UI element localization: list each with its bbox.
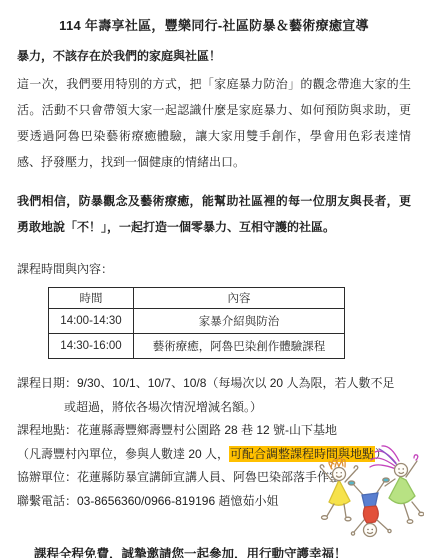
table-row: 14:30-16:00 藝術療癒，阿魯巴染創作體驗課程 [49, 334, 345, 359]
intro-statement: 暴力，不該存在於我們的家庭與社區！ [17, 47, 411, 64]
flyer-document: 114 年壽享社區，豐樂同行-社區防暴＆藝術療癒宣導 暴力，不該存在於我們的家庭… [0, 0, 428, 558]
course-location-line: 課程地點：花蓮縣壽豐鄉壽豐村公園路 28 巷 12 號-山下基地 [17, 419, 411, 443]
table-cell-content-2: 藝術療癒，阿魯巴染創作體驗課程 [134, 334, 345, 359]
table-row: 14:00-14:30 家暴介紹與防治 [49, 309, 345, 334]
body-paragraph-2: 我們相信，防暴觀念及藝術療癒，能幫助社區裡的每一位朋友與長者，更勇敢地說「不！」… [17, 188, 411, 240]
schedule-section-label: 課程時間與內容： [17, 260, 428, 277]
table-cell-time-2: 14:30-16:00 [49, 334, 134, 359]
dancing-children-illustration [312, 440, 424, 552]
note-prefix: （凡壽豐村內單位，參與人數達 20 人， [17, 447, 229, 461]
table-header-content: 內容 [134, 288, 345, 309]
course-date-line: 課程日期：9/30、10/1、10/7、10/8（每場次以 20 人為限，若人數… [17, 372, 411, 396]
schedule-table: 時間 內容 14:00-14:30 家暴介紹與防治 14:30-16:00 藝術… [48, 287, 345, 359]
page-title: 114 年壽享社區，豐樂同行-社區防暴＆藝術療癒宣導 [0, 0, 428, 34]
table-header-row: 時間 內容 [49, 288, 345, 309]
table-header-time: 時間 [49, 288, 134, 309]
table-cell-content-1: 家暴介紹與防治 [134, 309, 345, 334]
table-cell-time-1: 14:00-14:30 [49, 309, 134, 334]
course-date-continuation: 或超過，將依各場次情況增減名額。） [17, 396, 411, 420]
body-paragraph-1: 這一次，我們要用特別的方式，把「家庭暴力防治」的觀念帶進大家的生活。活動不只會帶… [17, 71, 411, 175]
